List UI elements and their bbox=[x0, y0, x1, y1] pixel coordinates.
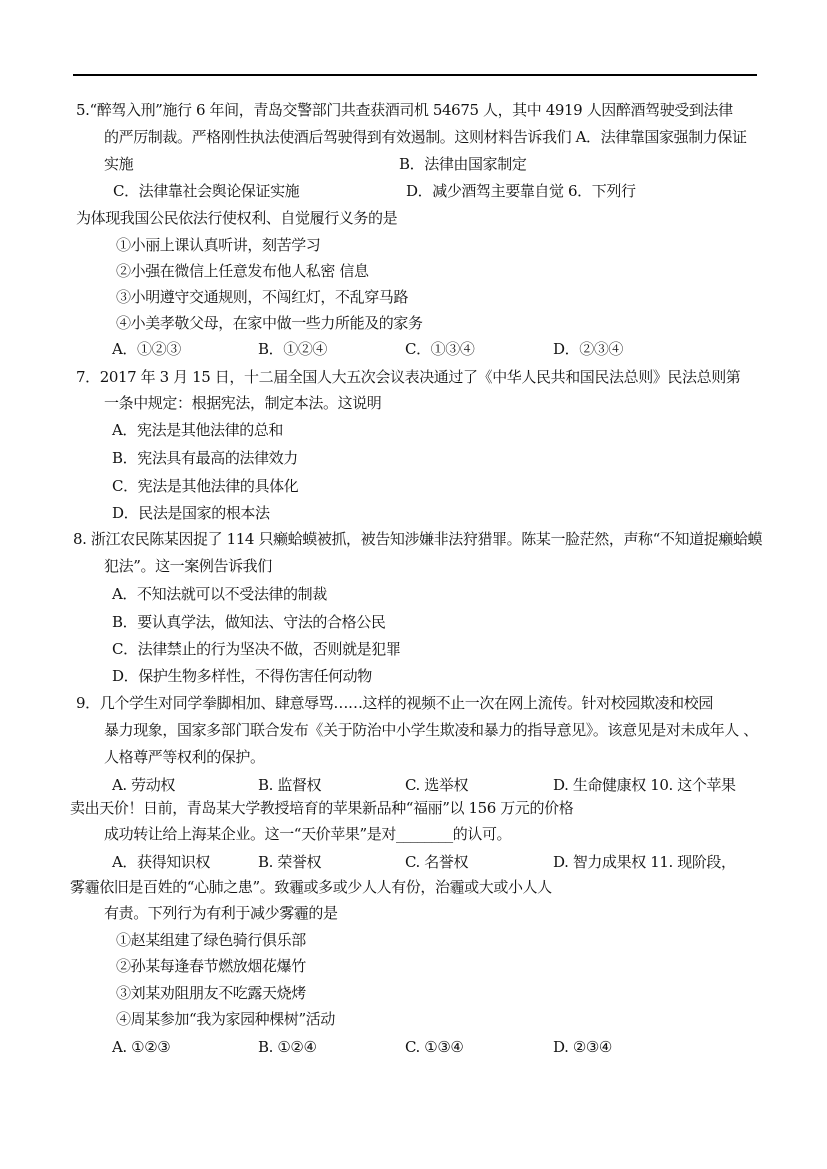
q9-optC: C. 选举权 bbox=[405, 776, 468, 794]
q7-stem-line1: 7．2017 年 3 月 15 日，十二届全国人大五次会议表决通过了《中华人民共… bbox=[76, 368, 740, 386]
q6-item-1: ①小丽上课认真听讲，刻苦学习 bbox=[116, 236, 320, 254]
q11-item-1: ①赵某组建了绿色骑行俱乐部 bbox=[116, 931, 306, 949]
q11-optB: B. ①②④ bbox=[258, 1038, 317, 1056]
q10-stem-line2-blank: 成功转让给上海某企业。这一“天价苹果”是对________的认可。 bbox=[104, 825, 511, 843]
q9-optB: B. 监督权 bbox=[258, 776, 321, 794]
q11-item-2: ②孙某每逢春节燃放烟花爆竹 bbox=[116, 957, 306, 975]
q8-optD: D．保护生物多样性，不得伤害任何动物 bbox=[112, 667, 372, 685]
q11-stem-line1: 雾霾依旧是百姓的“心肺之患”。致霾或多或少人人有份，治霾或大或小人人 bbox=[70, 878, 552, 896]
q5-stem-line2-optA: 的严厉制裁。严格刚性执法使酒后驾驶得到有效遏制。这则材料告诉我们 A．法律靠国家… bbox=[104, 128, 747, 146]
q6-optA: A．①②③ bbox=[112, 340, 181, 358]
q5-optC: C．法律靠社会舆论保证实施 bbox=[113, 182, 299, 200]
exam-paper-page: 5.“醉驾入刑”施行 6 年间，青岛交警部门共查获酒司机 54675 人，其中 … bbox=[0, 0, 827, 1169]
q8-stem-line1: 8. 浙江农民陈某因捉了 114 只癞蛤蟆被抓，被告知涉嫌非法狩猎罪。陈某一脸茫… bbox=[73, 530, 762, 548]
q7-optB: B．宪法具有最高的法律效力 bbox=[112, 449, 298, 467]
q5-optA-continuation: 实施 bbox=[104, 155, 133, 173]
q7-optC: C．宪法是其他法律的具体化 bbox=[112, 477, 298, 495]
q5-stem-line1: 5.“醉驾入刑”施行 6 年间，青岛交警部门共查获酒司机 54675 人，其中 … bbox=[76, 101, 733, 119]
q9-stem-line3: 人格尊严等权利的保护。 bbox=[104, 748, 265, 766]
q10-optC: C. 名誉权 bbox=[405, 853, 468, 871]
q8-optB: B．要认真学法，做知法、守法的合格公民 bbox=[112, 613, 385, 631]
q11-optA: A. ①②③ bbox=[112, 1038, 170, 1056]
q5-optB: B．法律由国家制定 bbox=[399, 155, 526, 173]
q11-item-4: ④周某参加“我为家园种棵树”活动 bbox=[116, 1010, 335, 1028]
q8-stem-line2: 犯法”。这一案例告诉我们 bbox=[104, 557, 272, 575]
q6-stem: 为体现我国公民依法行使权利、自觉履行义务的是 bbox=[76, 209, 397, 227]
q10-optA: A．获得知识权 bbox=[112, 853, 210, 871]
header-rule bbox=[73, 74, 757, 76]
q10-optD-q11-start: D. 智力成果权 11. 现阶段， bbox=[553, 853, 736, 871]
q6-item-4: ④小美孝敬父母，在家中做一些力所能及的家务 bbox=[116, 314, 423, 332]
q10-optB: B. 荣誉权 bbox=[258, 853, 321, 871]
q11-item-3: ③刘某劝阻朋友不吃露天烧烤 bbox=[116, 984, 306, 1002]
q8-optA: A．不知法就可以不受法律的制裁 bbox=[112, 585, 327, 603]
q11-optC: C. ①③④ bbox=[405, 1038, 463, 1056]
q6-item-2: ②小强在微信上任意发布他人私密 信息 bbox=[116, 262, 369, 280]
q9-optD-q10-start: D. 生命健康权 10. 这个苹果 bbox=[553, 776, 736, 794]
q6-optC: C．①③④ bbox=[405, 340, 474, 358]
q7-stem-line2: 一条中规定：根据宪法，制定本法。这说明 bbox=[104, 394, 381, 412]
q6-optD: D．②③④ bbox=[553, 340, 623, 358]
q7-optA: A．宪法是其他法律的总和 bbox=[112, 421, 283, 439]
q9-stem-line2: 暴力现象，国家多部门联合发布《关于防治中小学生欺凌和暴力的指导意见》。该意见是对… bbox=[104, 721, 758, 739]
q6-item-3: ③小明遵守交通规则，不闯红灯，不乱穿马路 bbox=[116, 288, 408, 306]
q9-stem-line1: 9．几个学生对同学拳脚相加、肆意辱骂……这样的视频不止一次在网上流传。针对校园欺… bbox=[76, 694, 713, 712]
q11-stem-line2: 有责。下列行为有利于减少雾霾的是 bbox=[104, 904, 338, 922]
q9-optA: A. 劳动权 bbox=[112, 776, 175, 794]
q11-optD: D. ②③④ bbox=[553, 1038, 612, 1056]
q8-optC: C．法律禁止的行为坚决不做，否则就是犯罪 bbox=[112, 640, 400, 658]
q5-optD-q6-start: D．减少酒驾主要靠自觉 6．下列行 bbox=[406, 182, 636, 200]
q6-optB: B．①②④ bbox=[258, 340, 327, 358]
q7-optD: D．民法是国家的根本法 bbox=[112, 504, 270, 522]
q10-stem-line1: 卖出天价！日前，青岛某大学教授培育的苹果新品种“福丽”以 156 万元的价格 bbox=[70, 799, 573, 817]
